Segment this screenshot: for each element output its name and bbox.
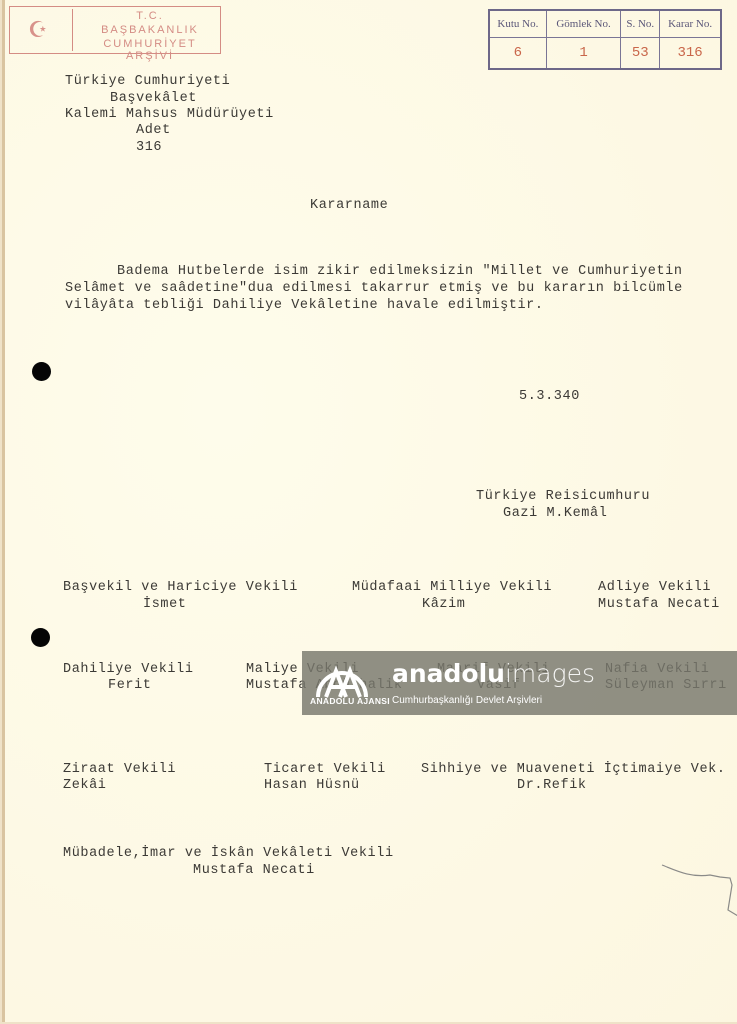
document-title: Kararname bbox=[310, 198, 388, 214]
header-sequence-no: S. No. bbox=[621, 10, 660, 38]
signatory-title: Ziraat Vekili bbox=[63, 762, 176, 778]
president-name: Gazi M.Kemâl bbox=[503, 506, 607, 522]
signatory-title: Adliye Vekili bbox=[598, 580, 711, 596]
stamp-line-2: BAŞBAKANLIK bbox=[80, 24, 220, 36]
header-decision-no: Karar No. bbox=[660, 10, 721, 38]
header-line-1: Türkiye Cumhuriyeti bbox=[65, 74, 230, 90]
watermark-overlay: ANADOLU AJANSI anadoluimages Cumhurbaşka… bbox=[302, 651, 737, 715]
president-title: Türkiye Reisicumhuru bbox=[476, 489, 650, 505]
value-folder-no: 1 bbox=[546, 38, 621, 70]
header-box-no: Kutu No. bbox=[489, 10, 546, 38]
header-folder-no: Gömlek No. bbox=[546, 10, 621, 38]
watermark-agency-label: ANADOLU AJANSI bbox=[310, 696, 390, 706]
signatory-name: Kâzim bbox=[422, 597, 466, 613]
signatory-title: Mübadele,İmar ve İskân Vekâleti Vekili bbox=[63, 846, 394, 862]
pencil-mark bbox=[660, 860, 737, 920]
stamp-divider bbox=[72, 9, 73, 51]
signatory-title: Başvekil ve Hariciye Vekili bbox=[63, 580, 298, 596]
anadolu-agency-logo-icon bbox=[312, 659, 372, 699]
archive-stamp: ☪ T.C. BAŞBAKANLIK CUMHURİYET ARŞİVİ bbox=[9, 6, 221, 54]
stamp-line-3: CUMHURİYET ARŞİVİ bbox=[80, 38, 220, 62]
value-decision-no: 316 bbox=[660, 38, 721, 70]
signatory-name: Hasan Hüsnü bbox=[264, 778, 360, 794]
header-line-4: Adet bbox=[136, 123, 171, 139]
archive-reference-table: Kutu No. Gömlek No. S. No. Karar No. 6 1… bbox=[488, 9, 722, 70]
body-line-2: Selâmet ve saâdetine"dua edilmesi takarr… bbox=[65, 281, 683, 297]
signatory-name: Zekâi bbox=[63, 778, 107, 794]
signatory-title: Sihhiye ve Muaveneti İçtimaiye Vek. bbox=[421, 762, 726, 778]
document-date: 5.3.340 bbox=[519, 389, 580, 405]
punch-hole bbox=[32, 362, 51, 381]
signatory-title: Dahiliye Vekili bbox=[63, 662, 194, 678]
value-sequence-no: 53 bbox=[621, 38, 660, 70]
signatory-name: Mustafa Necati bbox=[598, 597, 720, 613]
signatory-title: Müdafaai Milliye Vekili bbox=[352, 580, 552, 596]
signatory-name: Dr.Refik bbox=[517, 778, 587, 794]
header-line-2: Başvekâlet bbox=[110, 91, 197, 107]
crescent-star-icon: ☪ bbox=[28, 17, 48, 43]
body-line-3: vilâyâta tebliği Dahiliye Vekâletine hav… bbox=[65, 298, 544, 314]
signatory-name: İsmet bbox=[143, 597, 187, 613]
watermark-brand-light: images bbox=[505, 659, 595, 688]
stamp-line-1: T.C. bbox=[80, 10, 220, 22]
document-page: ☪ T.C. BAŞBAKANLIK CUMHURİYET ARŞİVİ Kut… bbox=[2, 0, 737, 1022]
watermark-credit: Cumhurbaşkanlığı Devlet Arşivleri bbox=[392, 695, 542, 706]
signatory-name: Mustafa Necati bbox=[193, 863, 315, 879]
signatory-name: Ferit bbox=[108, 678, 152, 694]
watermark-brand: anadoluimages bbox=[392, 659, 595, 688]
body-line-1: Badema Hutbelerde isim zikir edilmeksizi… bbox=[117, 264, 683, 280]
header-line-3: Kalemi Mahsus Müdürüyeti bbox=[65, 107, 274, 123]
punch-hole bbox=[31, 628, 50, 647]
watermark-brand-bold: anadolu bbox=[392, 659, 505, 688]
header-line-5: 316 bbox=[136, 140, 162, 156]
signatory-title: Ticaret Vekili bbox=[264, 762, 386, 778]
value-box-no: 6 bbox=[489, 38, 546, 70]
